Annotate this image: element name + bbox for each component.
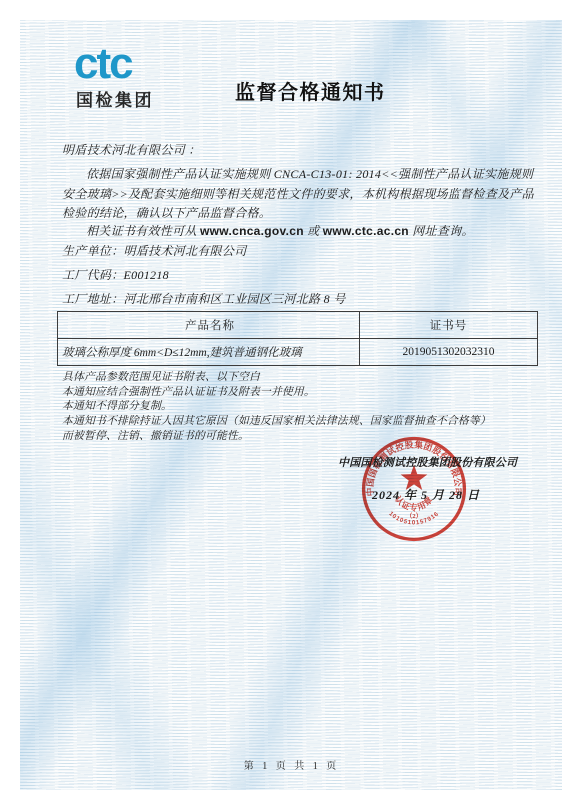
ctc-logo: ctc bbox=[74, 42, 132, 86]
validity-line: 相关证书有效性可从 www.cnca.gov.cn 或 www.ctc.ac.c… bbox=[86, 222, 474, 239]
paragraph-line-1: 依据国家强制性产品认证实施规则 CNCA-C13-01: 2014<<强制性产品… bbox=[86, 165, 533, 182]
validity-text-1: 相关证书有效性可从 bbox=[86, 224, 200, 238]
note-line-3: 本通知不得部分复制。 bbox=[62, 398, 172, 413]
producer-label: 生产单位： bbox=[62, 244, 124, 258]
page-title: 监督合格通知书 bbox=[235, 76, 386, 105]
validity-text-3: 网址查询。 bbox=[409, 224, 474, 238]
ctc-url: www.ctc.ac.cn bbox=[323, 224, 409, 238]
page-number: 第 1 页 共 1 页 bbox=[0, 757, 583, 772]
paragraph-line-3: 检验的结论，确认以下产品监督合格。 bbox=[62, 204, 271, 221]
certificate-page: ctc 国检集团 监督合格通知书 明盾技术河北有限公司 ： 依据国家强制性产品认… bbox=[0, 0, 583, 800]
issue-date: 2024 年 5 月 28 日 bbox=[372, 486, 480, 503]
product-name-header: 产品名称 bbox=[58, 312, 360, 339]
note-line-2: 本通知应结合强制性产品认证证书及附表一并使用。 bbox=[62, 384, 315, 399]
stamp-sub-text: （2） bbox=[406, 512, 422, 520]
product-table: 产品名称 证书号 玻璃公称厚度 6mm<D≤12mm,建筑普通钢化玻璃 2019… bbox=[57, 311, 538, 366]
producer-value: 明盾技术河北有限公司 bbox=[124, 244, 247, 258]
table-row: 玻璃公称厚度 6mm<D≤12mm,建筑普通钢化玻璃 2019051302032… bbox=[58, 339, 538, 366]
cnca-url: www.cnca.gov.cn bbox=[200, 224, 304, 238]
validity-text-2: 或 bbox=[304, 224, 323, 238]
issuer-company-name: 中国国检测试控股集团股份有限公司 bbox=[338, 454, 517, 470]
factory-address-label: 工厂地址： bbox=[62, 292, 124, 306]
note-line-1: 具体产品参数范围见证书附表、以下空白 bbox=[62, 369, 260, 384]
factory-code-line: 工厂代码：E001218 bbox=[62, 266, 169, 283]
paragraph-line-2: 安全玻璃>>及配套实施细则等相关规范性文件的要求，本机构根据现场监督检查及产品 bbox=[62, 185, 534, 202]
recipient-line: 明盾技术河北有限公司 ： bbox=[62, 141, 201, 158]
certificate-no-cell: 2019051302032310 bbox=[360, 339, 538, 366]
product-name-cell: 玻璃公称厚度 6mm<D≤12mm,建筑普通钢化玻璃 bbox=[58, 339, 360, 366]
table-header-row: 产品名称 证书号 bbox=[58, 312, 538, 339]
note-line-5: 而被暂停、注销、撤销证书的可能性。 bbox=[62, 428, 249, 443]
certificate-no-header: 证书号 bbox=[360, 312, 538, 339]
producer-line: 生产单位：明盾技术河北有限公司 bbox=[62, 242, 247, 259]
logo-group-name: 国检集团 bbox=[76, 86, 154, 111]
factory-code-value: E001218 bbox=[124, 268, 169, 282]
note-line-4: 本通知书不排除持证人因其它原因（如违反国家相关法律法规、国家监督抽查不合格等） bbox=[62, 413, 491, 428]
factory-address-value: 河北邢台市南和区工业园区三河北路 8 号 bbox=[124, 292, 346, 306]
factory-code-label: 工厂代码： bbox=[62, 268, 124, 282]
factory-address-line: 工厂地址：河北邢台市南和区工业园区三河北路 8 号 bbox=[62, 290, 346, 307]
